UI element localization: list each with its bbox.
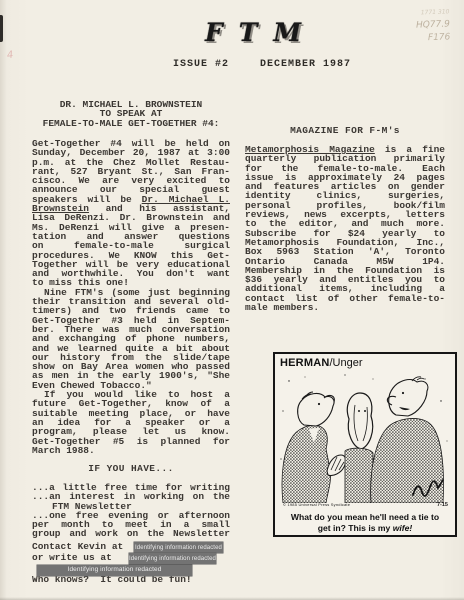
redaction-bar-1: Identifying information redacted <box>134 542 223 553</box>
handwritten-call-number: 1771 310 HQ77.9 F176 <box>415 5 450 45</box>
newsletter-scan-page: 4 FTM ISSUE #2 DECEMBER 1987 1771 310 HQ… <box>0 0 464 600</box>
masthead-logo: FTM <box>205 18 317 47</box>
scan-edge-artifact <box>0 15 3 42</box>
text-line: March 1988. <box>32 446 230 455</box>
pencil-note-call-number-2: F176 <box>416 31 450 45</box>
cartoon-date-code: 7-15 <box>437 502 448 508</box>
left-article-heading: DR. MICHAEL L. BROWNSTEINTO SPEAK ATFEMA… <box>32 100 230 128</box>
if-you-have-heading: IF YOU HAVE... <box>32 463 230 474</box>
pencil-note-top: 1771 310 <box>415 5 449 19</box>
cartoon-caption: What do you mean he'll need a tie to get… <box>277 512 453 533</box>
issue-date: DECEMBER 1987 <box>260 59 351 70</box>
husband-figure <box>371 377 444 503</box>
herman-cartoon: HERMAN/Unger <box>273 352 457 537</box>
wife-figure <box>345 393 373 503</box>
text-line: male members. <box>245 303 445 312</box>
if-you-have-list: ...a little free time for writing...an i… <box>32 483 230 539</box>
cartoon-title-rest: /Unger <box>329 357 362 369</box>
cartoon-copyright: © 1985 Universal Press Syndicate <box>283 502 350 507</box>
cartoon-title-bold: HERMAN <box>280 357 329 369</box>
cartoon-drawing <box>275 371 455 503</box>
pencil-pink-mark: 4 <box>6 50 14 62</box>
left-article-body: Get-Together #4 will be held onSunday, D… <box>32 139 230 455</box>
redaction-bar-2: Identifying information redacted <box>129 553 216 564</box>
text-line: group and work on the Newsletter <box>32 529 230 538</box>
issue-number: ISSUE #2 <box>173 59 229 70</box>
right-article-body: Metamorphosis Magazine is a finequarterl… <box>245 145 445 312</box>
redaction-bar-3: Identifying information redacted <box>37 565 192 577</box>
pencil-note-call-number: HQ77.9 <box>416 18 450 32</box>
cartoon-caption-line-1: What do you mean he'll need a tie to <box>277 512 453 523</box>
cartoon-caption-line-2: get in? This is my wife! <box>277 523 453 534</box>
maitre-d-figure <box>282 392 346 503</box>
text-line: FEMALE-TO-MALE GET-TOGETHER #4: <box>32 119 230 128</box>
right-article-heading: MAGAZINE FOR F-M's <box>245 125 445 136</box>
cartoon-title: HERMAN/Unger <box>280 357 363 369</box>
